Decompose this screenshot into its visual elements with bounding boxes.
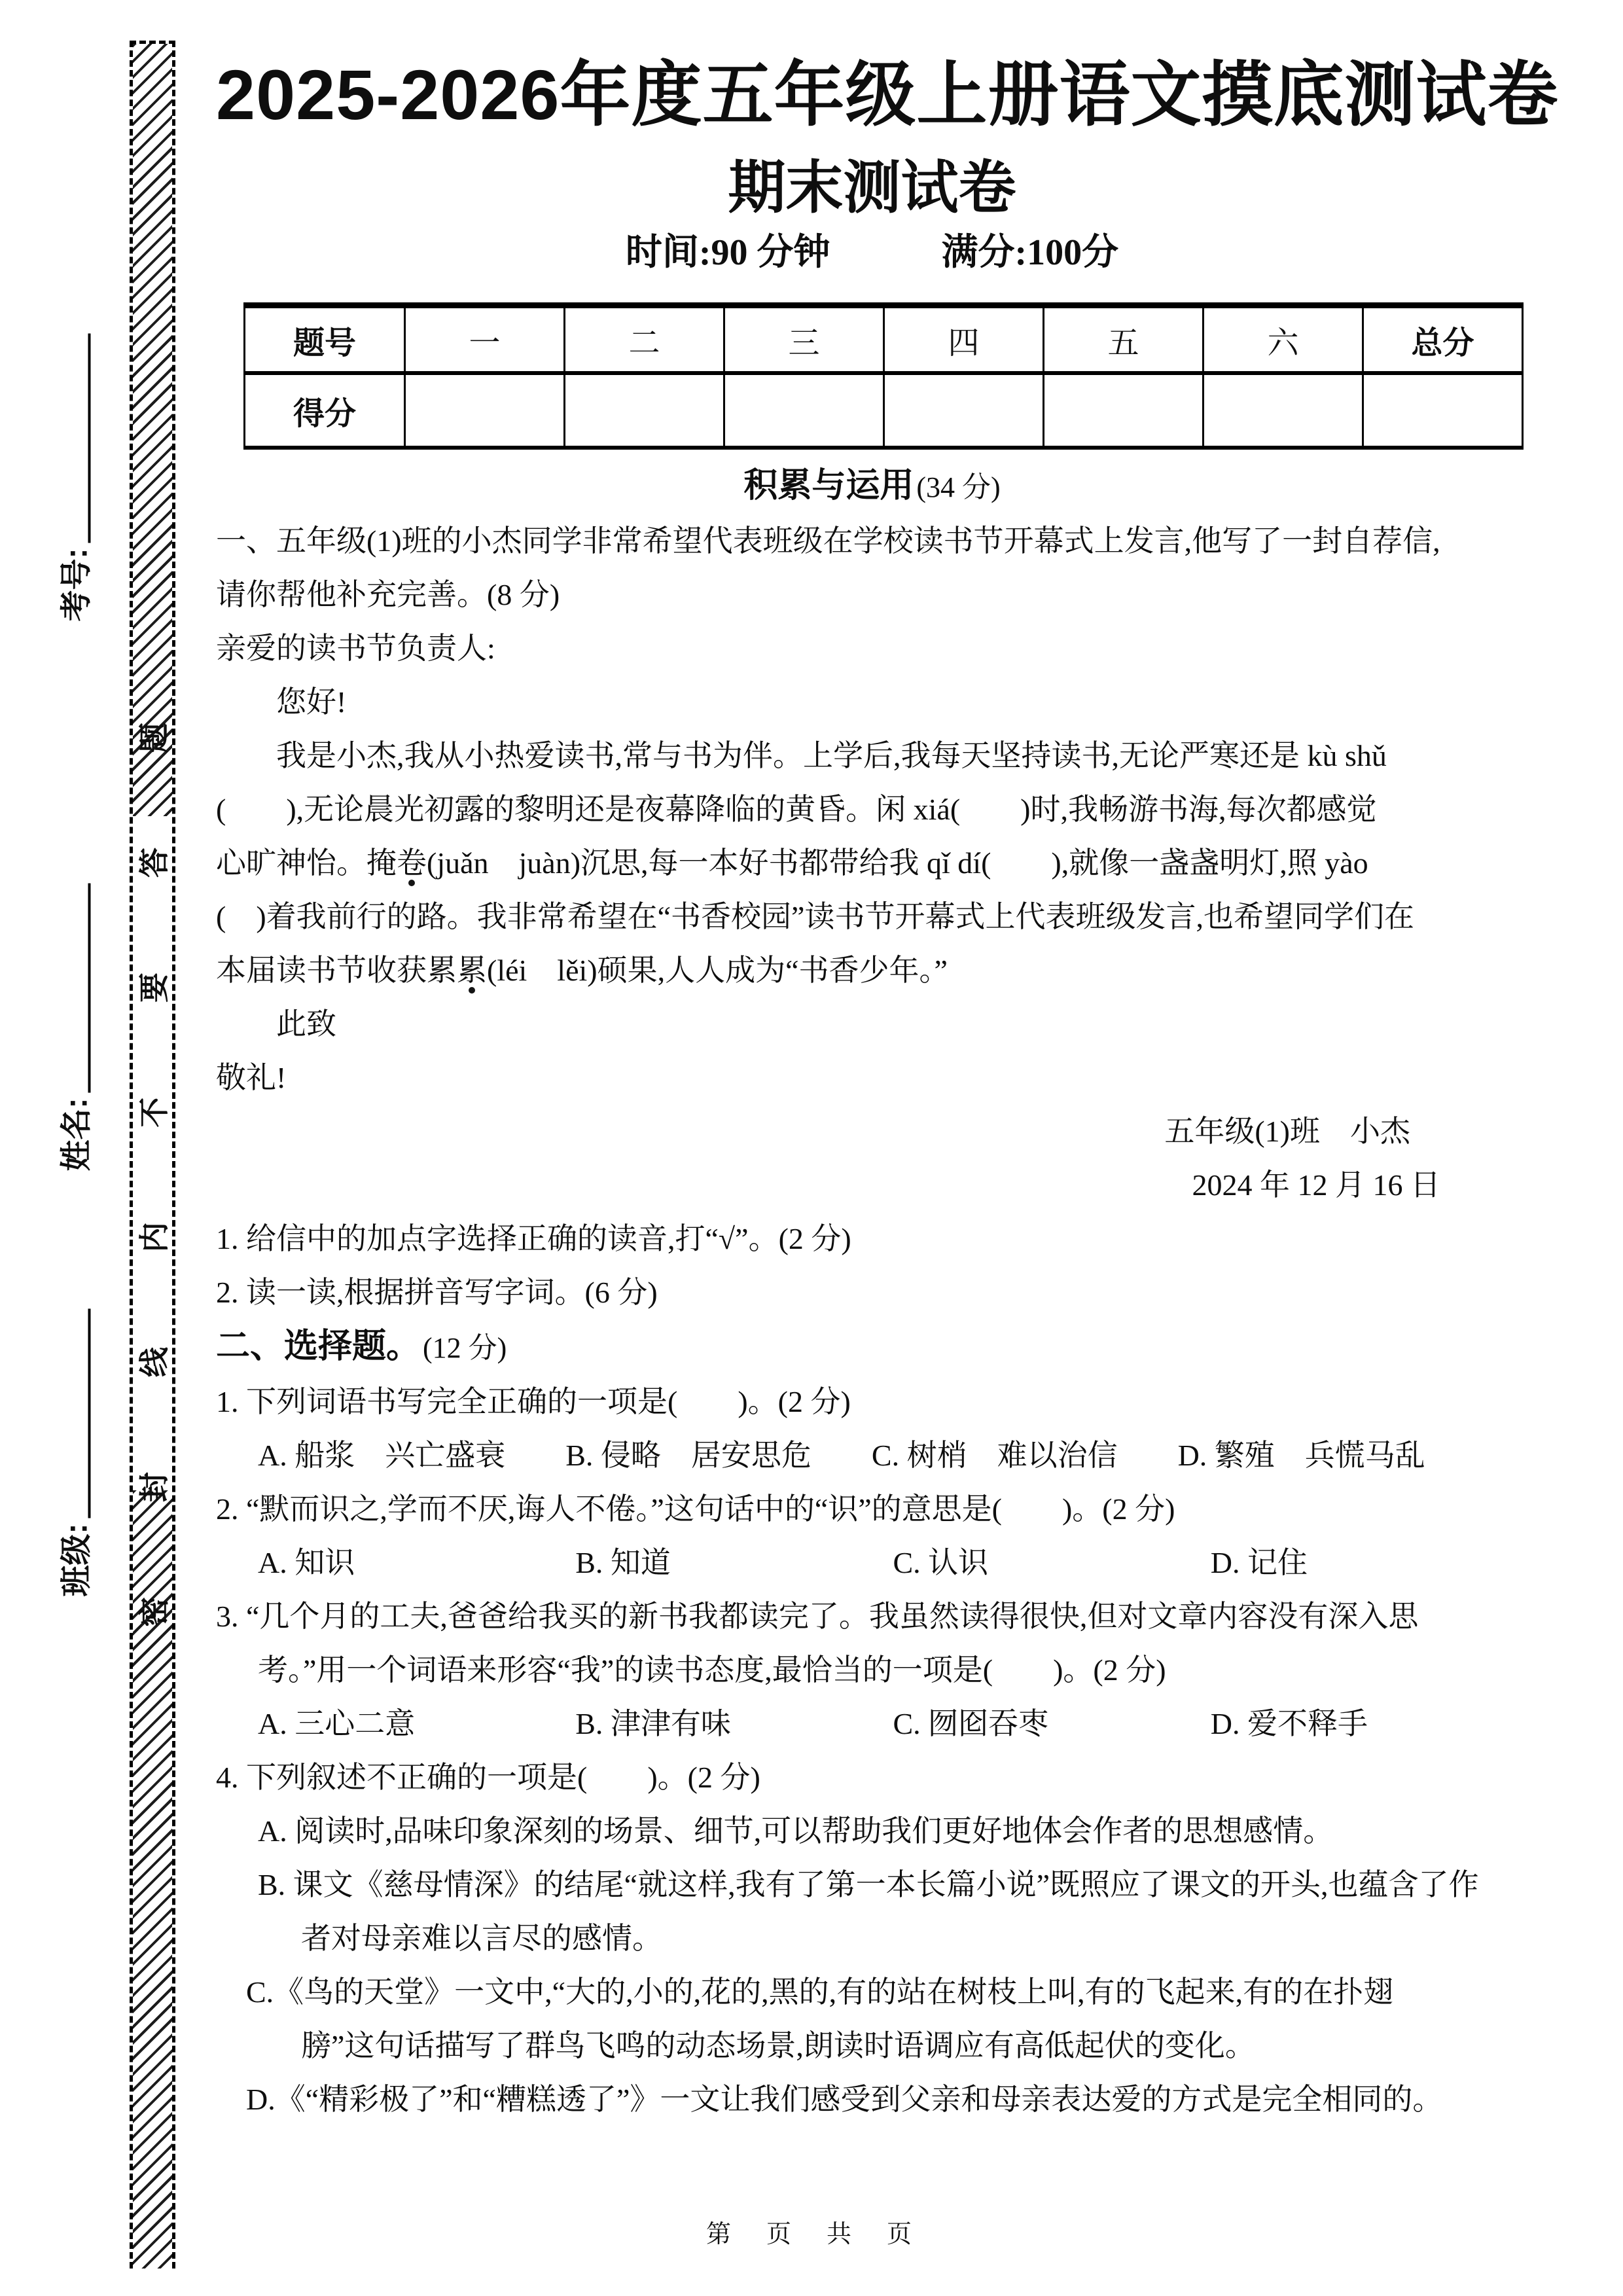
letter-body-line3: 心旷神怡。掩卷(juǎn juàn)沉思,每一本好书都带给我 qǐ dí( ),… [216,836,1528,890]
letter-signature: 五年级(1)班 小杰 [216,1105,1528,1158]
student-name-blank [58,884,91,1093]
score-cell [405,373,565,448]
emphasized-char: 累 [457,954,487,987]
q2-2-stem: 2. “默而识之,学而不厌,诲人不倦。”这句话中的“识”的意思是( )。(2 分… [216,1482,1528,1536]
page-subtitle: 期末测试卷 [216,151,1528,228]
emphasized-char: 卷 [397,846,427,880]
q2-2-options: A. 知识B. 知道C. 认识D. 记住 [216,1536,1528,1590]
letter-date: 2024 年 12 月 16 日 [216,1158,1528,1212]
option-item: A. 知识 [258,1536,575,1590]
text-segment: 心旷神怡。掩 [216,846,397,880]
section-2-title: 二、选择题。(12 分) [216,1319,1528,1375]
sealing-line-strip: 密 封 线 内 不 要 答 题 [130,41,175,2269]
exam-meta: 时间:90 分钟满分:100分 [216,228,1528,278]
q2-4-option-a: A. 阅读时,品味印象深刻的场景、细节,可以帮助我们更好地体会作者的思想感情。 [216,1804,1528,1858]
letter-salutation: 亲爱的读书节负责人: [216,622,1528,675]
class-blank [58,1309,91,1518]
student-name-label: 姓名: [60,1098,94,1172]
exam-number-label: 考号: [60,548,94,622]
class-field: 班级: [51,1268,96,1638]
q1-stem-line2: 请你帮他补充完善。(8 分) [216,568,1528,622]
heading-main: 二、选择题。 [216,1327,420,1365]
option-item: B. 津津有味 [575,1697,893,1751]
exam-number-blank [58,334,91,543]
q1-sub2: 2. 读一读,根据拼音写字词。(6 分) [216,1266,1528,1319]
score-cell [884,373,1044,448]
score-col-total: 总分 [1363,306,1523,374]
q2-4-option-b-line2: 者对母亲难以言尽的感情。 [216,1912,1528,1965]
heading-main: 积累与运用 [743,467,914,505]
class-label: 班级: [60,1524,94,1597]
student-name-field: 姓名: [51,843,96,1212]
score-col-1: 一 [405,306,565,374]
text-segment: (léi lěi)硕果,人人成为“书香少年。” [487,954,948,987]
main-content: 2025-2026年度五年级上册语文摸底测试卷 期末测试卷 时间:90 分钟满分… [216,39,1528,2126]
score-table-score-row: 得分 [245,373,1523,448]
score-col-4: 四 [884,306,1044,374]
option-item: D. 爱不释手 [1211,1697,1528,1751]
letter-body-line5: 本届读书节收获累累(léi lěi)硕果,人人成为“书香少年。” [216,944,1528,997]
option-item: B. 知道 [575,1536,893,1590]
exam-paper-page: { "header": { "title": "2025-2026年度五年级上册… [0,0,1623,2296]
heading-points: (34 分) [916,471,1000,503]
q2-4-stem: 4. 下列叙述不正确的一项是( )。(2 分) [216,1751,1528,1804]
section-1-title: 积累与运用(34 分) [216,459,1528,514]
q2-1-stem: 1. 下列词语书写完全正确的一项是( )。(2 分) [216,1375,1528,1429]
exam-time: 时间:90 分钟 [626,232,830,273]
letter-body-line4: ( )着我前行的路。我非常希望在“书香校园”读书节开幕式上代表班级发言,也希望同… [216,890,1528,944]
score-col-5: 五 [1044,306,1204,374]
exam-number-field: 考号: [51,293,96,662]
option-item: A. 三心二意 [258,1697,575,1751]
score-table-header-row: 题号 一 二 三 四 五 六 总分 [245,306,1523,374]
letter-greeting: 您好! [216,675,1528,729]
score-cell [1363,373,1523,448]
letter-closing-2: 敬礼! [216,1051,1528,1105]
score-cell [565,373,724,448]
q1-stem-line1: 一、五年级(1)班的小杰同学非常希望代表班级在学校读书节开幕式上发言,他写了一封… [216,514,1528,568]
seal-warning-text: 密 封 线 内 不 要 答 题 [131,679,174,1626]
score-cell [1204,373,1363,448]
q2-3-stem-line1: 3. “几个月的工夫,爸爸给我买的新书我都读完了。我虽然读得很快,但对文章内容没… [216,1590,1528,1643]
q2-4-option-c-line1: C.《鸟的天堂》一文中,“大的,小的,花的,黑的,有的站在树枝上叫,有的飞起来,… [216,1965,1528,2019]
score-row-label: 得分 [245,373,405,448]
q2-4-option-c-line2: 膀”这句话描写了群鸟飞鸣的动态场景,朗读时语调应有高低起伏的变化。 [216,2019,1528,2073]
seal-text-zone: 密 封 线 内 不 要 答 题 [133,816,172,1490]
page-title: 2025-2026年度五年级上册语文摸底测试卷 [216,39,1528,151]
option-item: C. 囫囵吞枣 [893,1697,1211,1751]
option-item: C. 认识 [893,1536,1211,1590]
score-col-6: 六 [1204,306,1363,374]
q2-3-stem-line2: 考。”用一个词语来形容“我”的读书态度,最恰当的一项是( )。(2 分) [216,1643,1528,1697]
exam-full-score: 满分:100分 [942,232,1119,273]
score-table: 题号 一 二 三 四 五 六 总分 得分 [243,302,1524,450]
score-col-3: 三 [724,306,884,374]
score-table-corner: 题号 [245,306,405,374]
body-text: 积累与运用(34 分)一、五年级(1)班的小杰同学非常希望代表班级在学校读书节开… [216,459,1528,2126]
score-col-2: 二 [565,306,724,374]
q2-4-option-b-line1: B. 课文《慈母情深》的结尾“就这样,我有了第一本长篇小说”既照应了课文的开头,… [216,1858,1528,1912]
letter-body-line1: 我是小杰,我从小热爱读书,常与书为伴。上学后,我每天坚持读书,无论严寒还是 kù… [216,729,1528,783]
heading-points: (12 分) [423,1332,507,1364]
q2-4-option-d: D.《“精彩极了”和“糟糕透了”》一文让我们感受到父亲和母亲表达爱的方式是完全相… [216,2073,1528,2126]
letter-closing: 此致 [216,997,1528,1051]
page-footer: 第 页 共 页 [0,2214,1623,2250]
score-cell [1044,373,1204,448]
q2-1-options: A. 船浆 兴亡盛衰 B. 侵略 居安思危 C. 树梢 难以治信 D. 繁殖 兵… [216,1429,1528,1482]
text-segment: (juǎn juàn)沉思,每一本好书都带给我 qǐ dí( ),就像一盏盏明灯… [427,846,1368,880]
q2-3-options: A. 三心二意B. 津津有味C. 囫囵吞枣D. 爱不释手 [216,1697,1528,1751]
option-item: D. 记住 [1211,1536,1528,1590]
letter-body-line2: ( ),无论晨光初露的黎明还是夜幕降临的黄昏。闲 xiá( )时,我畅游书海,每… [216,783,1528,836]
text-segment: 本届读书节收获累 [216,954,457,987]
q1-sub1: 1. 给信中的加点字选择正确的读音,打“√”。(2 分) [216,1212,1528,1266]
score-cell [724,373,884,448]
